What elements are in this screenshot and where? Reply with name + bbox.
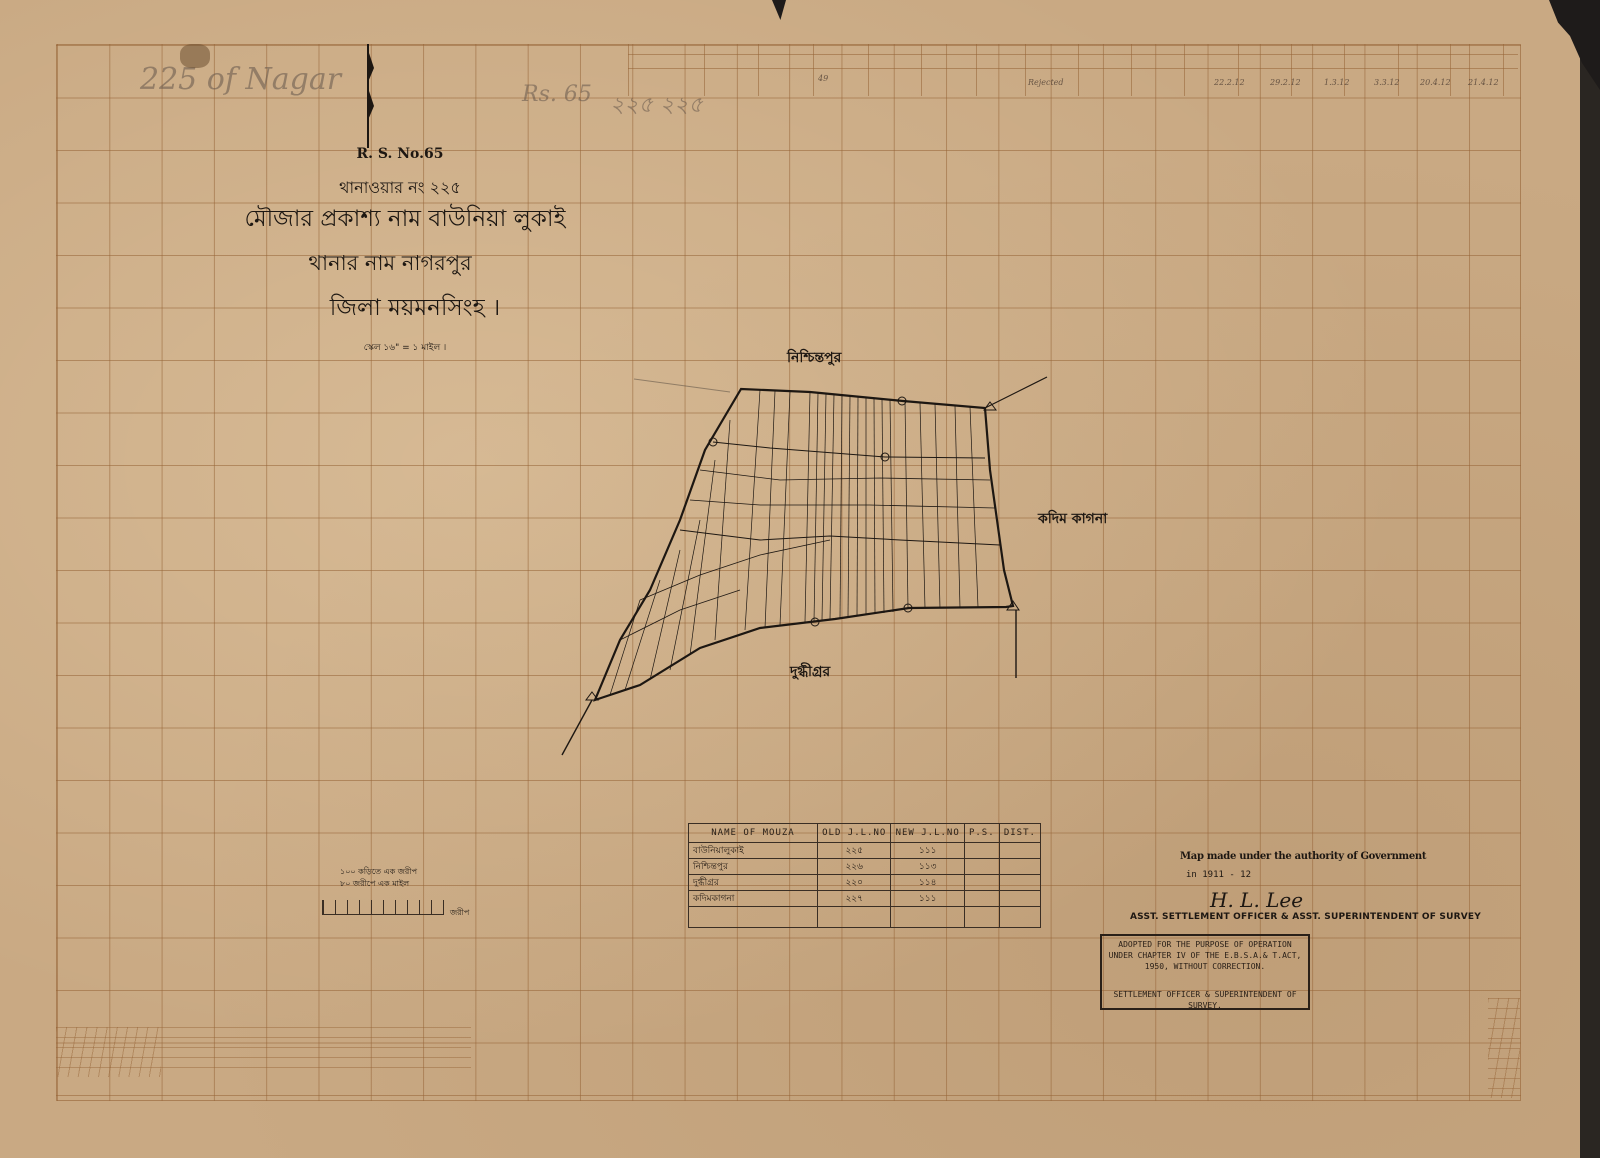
survey-year: in 1911 - 12 — [1186, 870, 1251, 880]
col-header: OLD J.L.NO — [818, 824, 891, 843]
dist-cell — [999, 907, 1040, 928]
stamp-line: SETTLEMENT OFFICER & SUPERINTENDENT OF — [1102, 989, 1308, 1000]
new-jl-cell: ১১১ — [891, 843, 964, 859]
scale-bar — [322, 900, 444, 915]
col-header: NAME OF MOUZA — [689, 824, 818, 843]
table-row — [689, 907, 1041, 928]
table-row: বাউনিয়ালুকাই ২২৫ ১১১ — [689, 843, 1041, 859]
adoption-stamp: ADOPTED FOR THE PURPOSE OF OPERATION UND… — [1100, 934, 1310, 1010]
col-header: DIST. — [999, 824, 1040, 843]
ps-cell — [964, 907, 999, 928]
new-jl-cell: ১১৪ — [891, 875, 964, 891]
old-jl-cell — [818, 907, 891, 928]
new-jl-cell — [891, 907, 964, 928]
col-header: NEW J.L.NO — [891, 824, 964, 843]
mouza-table: NAME OF MOUZA OLD J.L.NO NEW J.L.NO P.S.… — [688, 823, 1041, 928]
authority-statement: Map made under the authority of Governme… — [1180, 851, 1426, 862]
mouza-name-cell: নিশ্চিন্তপুর — [689, 859, 818, 875]
stamp-line: 1950, WITHOUT CORRECTION. — [1102, 961, 1308, 972]
neighbor-north-label: নিশ্চিন্তপুর — [787, 346, 841, 370]
ps-cell — [964, 859, 999, 875]
old-jl-cell: ২২৫ — [818, 843, 891, 859]
neighbor-south-label: দুগ্ধীগ্রর — [790, 660, 830, 684]
stamp-line: SURVEY. — [1102, 1000, 1308, 1011]
dist-cell — [999, 875, 1040, 891]
dist-cell — [999, 859, 1040, 875]
mouza-name-cell: কদিমকাগনা — [689, 891, 818, 907]
stamp-line: UNDER CHAPTER IV OF THE E.B.S.A.& T.ACT, — [1102, 950, 1308, 961]
officer-title: ASST. SETTLEMENT OFFICER & ASST. SUPERIN… — [1130, 912, 1481, 922]
ps-cell — [964, 875, 999, 891]
cadastral-map — [0, 0, 1580, 1158]
old-jl-cell: ২২৬ — [818, 859, 891, 875]
dist-cell — [999, 891, 1040, 907]
scale-legend-line2: ৮০ জরীপে এক মাইল — [340, 878, 417, 890]
mouza-name-cell: দুগ্ধীগ্রর — [689, 875, 818, 891]
col-header: P.S. — [964, 824, 999, 843]
old-jl-cell: ২২৭ — [818, 891, 891, 907]
mouza-name-cell: বাউনিয়ালুকাই — [689, 843, 818, 859]
scale-legend: ১০০ কড়িতে এক জরীপ ৮০ জরীপে এক মাইল — [340, 866, 417, 890]
table-row: কদিমকাগনা ২২৭ ১১১ — [689, 891, 1041, 907]
old-jl-cell: ২২০ — [818, 875, 891, 891]
new-jl-cell: ১১৩ — [891, 859, 964, 875]
ps-cell — [964, 843, 999, 859]
map-sheet: 49 Rejected 22.2.12 29.2.12 1.3.12 3.3.1… — [0, 0, 1580, 1158]
new-jl-cell: ১১১ — [891, 891, 964, 907]
dist-cell — [999, 843, 1040, 859]
scale-unit: জরীপ — [450, 907, 469, 920]
officer-signature: H. L. Lee — [1210, 888, 1303, 912]
stamp-line: ADOPTED FOR THE PURPOSE OF OPERATION — [1102, 939, 1308, 950]
mouza-name-cell — [689, 907, 818, 928]
table-row: দুগ্ধীগ্রর ২২০ ১১৪ — [689, 875, 1041, 891]
table-row: নিশ্চিন্তপুর ২২৬ ১১৩ — [689, 859, 1041, 875]
neighbor-east-label: কদিম কাগনা — [1038, 507, 1107, 531]
scale-legend-line1: ১০০ কড়িতে এক জরীপ — [340, 866, 417, 878]
ps-cell — [964, 891, 999, 907]
